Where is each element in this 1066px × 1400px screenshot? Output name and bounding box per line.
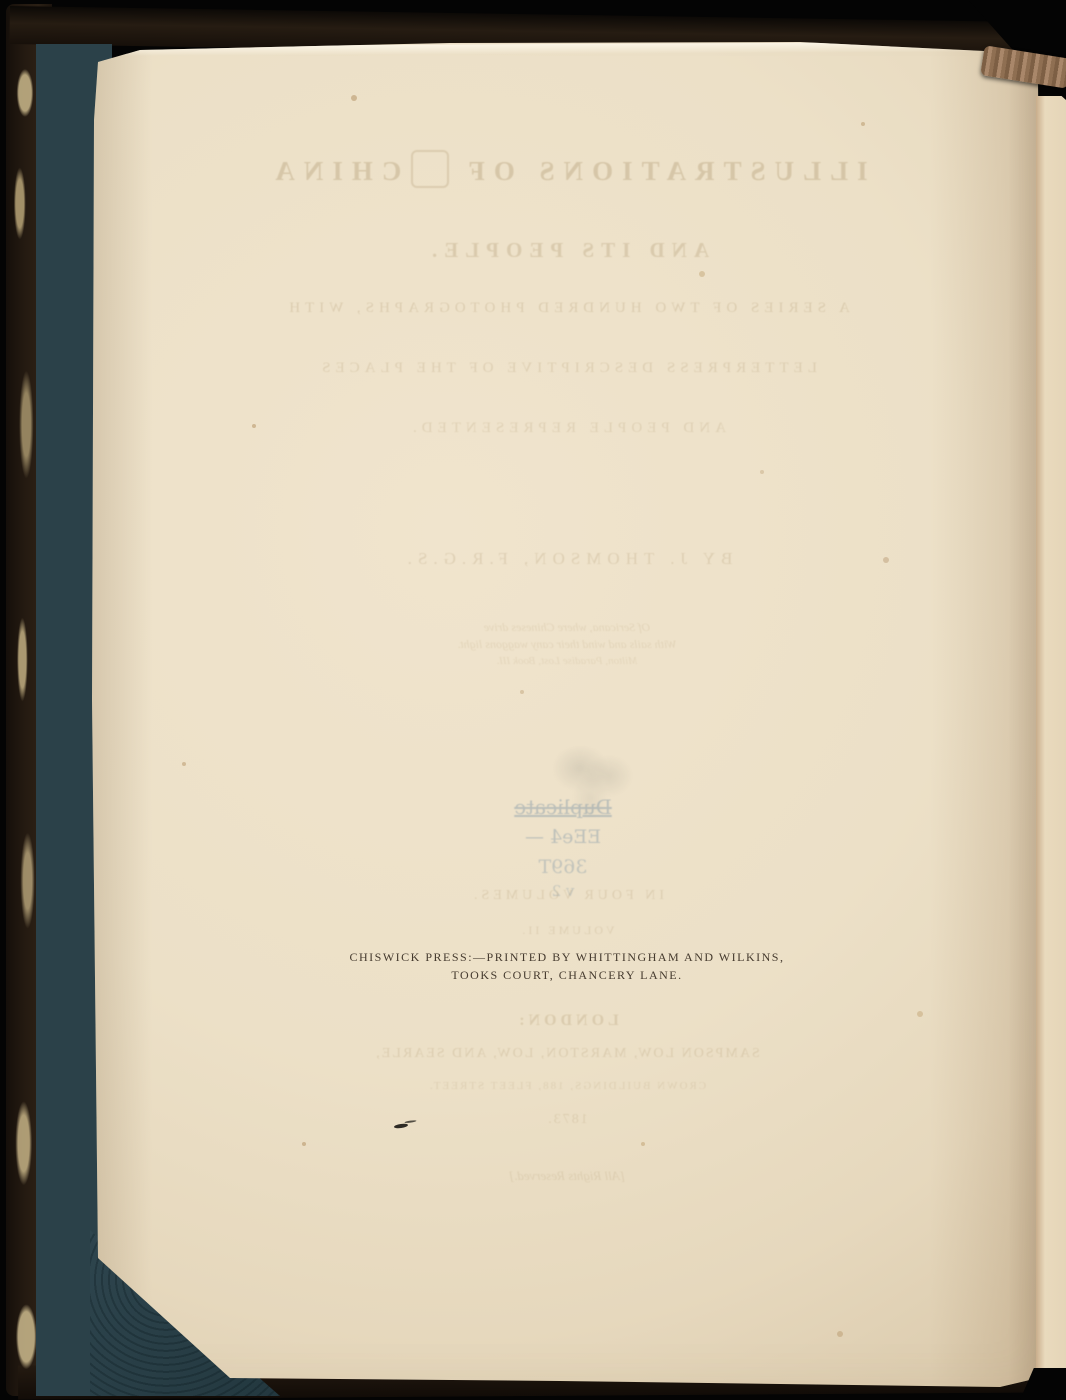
showthrough-series-line1: A SERIES OF TWO HUNDRED PHOTOGRAPHS, WIT… (92, 300, 1042, 317)
pencil-mark-line1: Duplicate (478, 795, 648, 819)
foxing-spots (0, 0, 4, 4)
next-page-sliver (1036, 96, 1066, 1378)
showthrough-series-line3: AND PEOPLE REPRESENTED. (92, 420, 1042, 437)
showthrough-year: 1873. (92, 1112, 1042, 1128)
showthrough-edition-line1: IN FOUR VOLUMES. (92, 888, 1042, 904)
pencil-mark-line3: 369T (478, 856, 648, 878)
worn-frayed-spine-edge (12, 10, 38, 1392)
showthrough-author-line: BY J. THOMSON, F.R.G.S. (92, 549, 1042, 569)
ink-speck (394, 1123, 408, 1129)
printer-imprint-line2: TOOKS COURT, CHANCERY LANE. (92, 968, 1042, 983)
showthrough-epigraph-line3: Milton, Paradise Lost, Book III. (92, 655, 1042, 667)
showthrough-epigraph-line1: Of Sericana, where Chineses drive (92, 620, 1042, 635)
showthrough-publisher-address: CROWN BUILDINGS, 188, FLEET STREET. (92, 1080, 1042, 1092)
showthrough-series-line2: LETTERPRESS DESCRIPTIVE OF THE PLACES (92, 360, 1042, 377)
showthrough-epigraph-line2: With sails and wind their cany waggons l… (92, 637, 1042, 652)
pencil-mark-line2: EEe4 — (478, 826, 648, 848)
showthrough-rights-notice: [All Rights Reserved.] (92, 1168, 1042, 1184)
showthrough-title-part2: CHINA (266, 156, 401, 186)
showthrough-publisher-name: SAMPSON LOW, MARSTON, LOW, AND SEARLE, (92, 1046, 1042, 1062)
showthrough-edition-line2: VOLUME II. (92, 923, 1042, 938)
showthrough-title-part1: ILLUSTRATIONS OF (459, 156, 867, 186)
showthrough-subtitle: AND ITS PEOPLE. (92, 238, 1042, 263)
book-page: ILLUSTRATIONS OFCHINA AND ITS PEOPLE. A … (0, 0, 1066, 1400)
showthrough-title-line: ILLUSTRATIONS OFCHINA (92, 150, 1042, 188)
showthrough-publisher-city: LONDON: (92, 1012, 1042, 1030)
printer-imprint-line1: CHISWICK PRESS:—PRINTED BY WHITTINGHAM A… (92, 950, 1042, 965)
crest-ornament-icon (411, 150, 449, 188)
